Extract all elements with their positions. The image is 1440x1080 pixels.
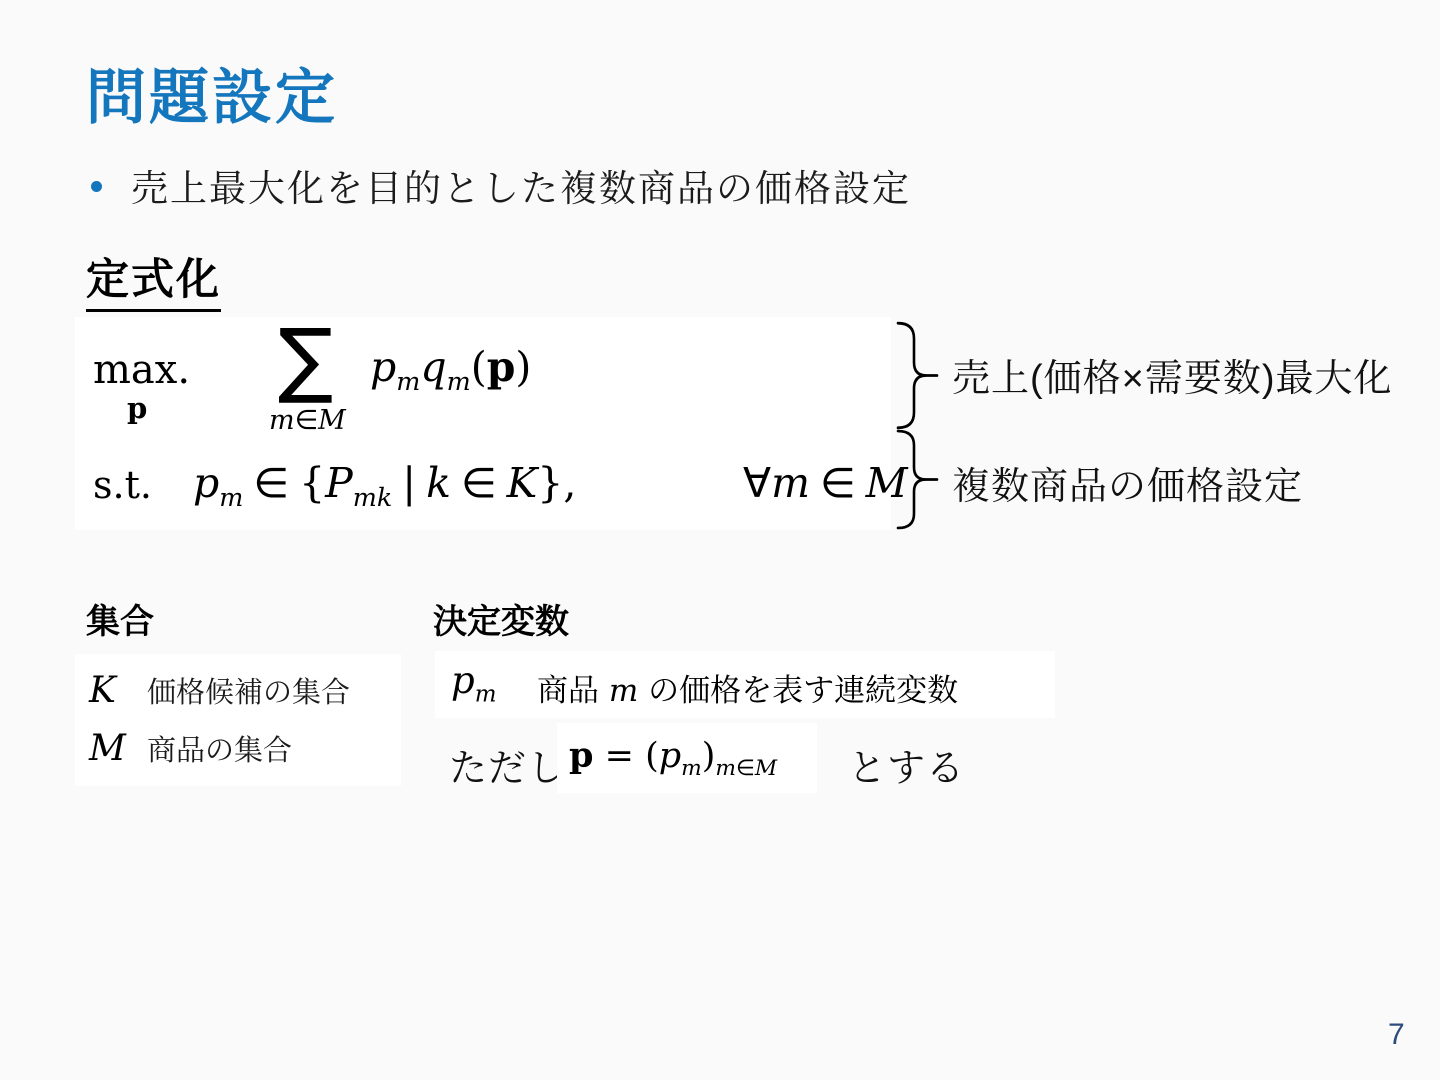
brace-close: }, (537, 459, 576, 507)
set-row-M: M商品の集合 (89, 728, 292, 769)
formulation-panel: max. p ∑ m∈M pmqm(p) s.t. pm∈{Pmk|k∈K}, … (75, 317, 891, 530)
element-of-icon: ∈ (736, 756, 755, 781)
objective-expression: pmqm(p) (370, 343, 531, 396)
element-of-icon: ∈ (820, 459, 856, 507)
decision-var-description: 商品 m の価格を表す連続変数 (537, 665, 958, 710)
objective-operator-subscript: p (127, 391, 147, 425)
brace-open: { (299, 459, 325, 507)
var-q: q (420, 343, 446, 391)
set-symbol-K: K (89, 670, 147, 711)
brace-constraint-icon (895, 429, 939, 530)
section-heading-formulation: 定式化 (86, 246, 221, 312)
set-symbol-M: M (89, 728, 147, 769)
var-p: p (370, 343, 396, 391)
paren-open: ( (471, 343, 487, 391)
note-formula-panel: p = (pm)m∈M (557, 723, 817, 793)
sum-index-range: m∈M (269, 405, 346, 436)
var-P: P (325, 459, 353, 507)
set-K: K (507, 459, 538, 507)
note-prefix: ただし (449, 737, 566, 792)
sum-index-set: M (318, 405, 346, 436)
mid-bar: | (402, 459, 416, 507)
element-of-icon: ∈ (461, 459, 497, 507)
var-p-sub: m (396, 366, 420, 396)
brace-objective-icon (895, 321, 939, 430)
equals-sign: = (593, 736, 645, 776)
bullet-text: 売上最大化を目的とした複数商品の価格設定 (131, 158, 911, 212)
var-p: p (659, 736, 681, 776)
vector-index-range: m∈M (715, 756, 777, 781)
set-M: M (755, 756, 777, 781)
var-p-sub: m (219, 482, 243, 512)
constraint-expression: pm∈{Pmk|k∈K}, (193, 459, 576, 512)
objective-operator: max. (93, 347, 190, 393)
var-k: k (426, 459, 451, 507)
note-suffix: とする (848, 737, 965, 792)
forall-icon: ∀ (743, 459, 771, 507)
set-label: 価格候補の集合 (147, 675, 350, 709)
bullet-icon (91, 181, 102, 192)
sets-heading: 集合 (86, 594, 154, 643)
paren-close: ) (515, 343, 531, 391)
decision-var-symbol: pm (451, 659, 496, 707)
decision-variables-heading: 決定変数 (433, 594, 569, 643)
paren-close: ) (702, 736, 716, 776)
sets-panel: K価格候補の集合 M商品の集合 (75, 654, 401, 786)
var-p: p (451, 659, 475, 702)
sum-icon: ∑ (278, 319, 333, 401)
constraint-label: s.t. (93, 463, 152, 507)
desc-text: 商品 (537, 673, 609, 709)
slide: 問題設定 売上最大化を目的とした複数商品の価格設定 定式化 max. p ∑ m… (0, 0, 1440, 1080)
desc-text: の価格を表す連続変数 (638, 673, 958, 709)
constraint-forall: ∀m∈M (743, 459, 908, 507)
element-of-icon: ∈ (295, 405, 319, 436)
set-label: 商品の集合 (147, 733, 292, 767)
page-number: 7 (1388, 1018, 1405, 1052)
var-p-sub: m (681, 756, 702, 781)
page-title: 問題設定 (86, 50, 338, 136)
sum-index-var: m (269, 405, 295, 436)
var-m: m (771, 459, 810, 507)
var-m: m (609, 673, 638, 709)
var-P-sub: mk (353, 482, 393, 512)
var-q-sub: m (447, 366, 471, 396)
objective-annotation: 売上(価格×需要数)最大化 (952, 347, 1393, 402)
vector-definition: p = (pm)m∈M (569, 735, 777, 781)
paren-open: ( (645, 736, 659, 776)
decision-variable-panel: pm 商品 m の価格を表す連続変数 (435, 651, 1055, 718)
element-of-icon: ∈ (253, 459, 289, 507)
set-row-K: K価格候補の集合 (89, 670, 350, 711)
var-p: p (193, 459, 219, 507)
vector-p: p (487, 343, 516, 391)
constraint-annotation: 複数商品の価格設定 (952, 455, 1303, 510)
vector-p: p (569, 735, 593, 776)
var-p-sub: m (475, 681, 497, 707)
var-m: m (715, 756, 736, 781)
